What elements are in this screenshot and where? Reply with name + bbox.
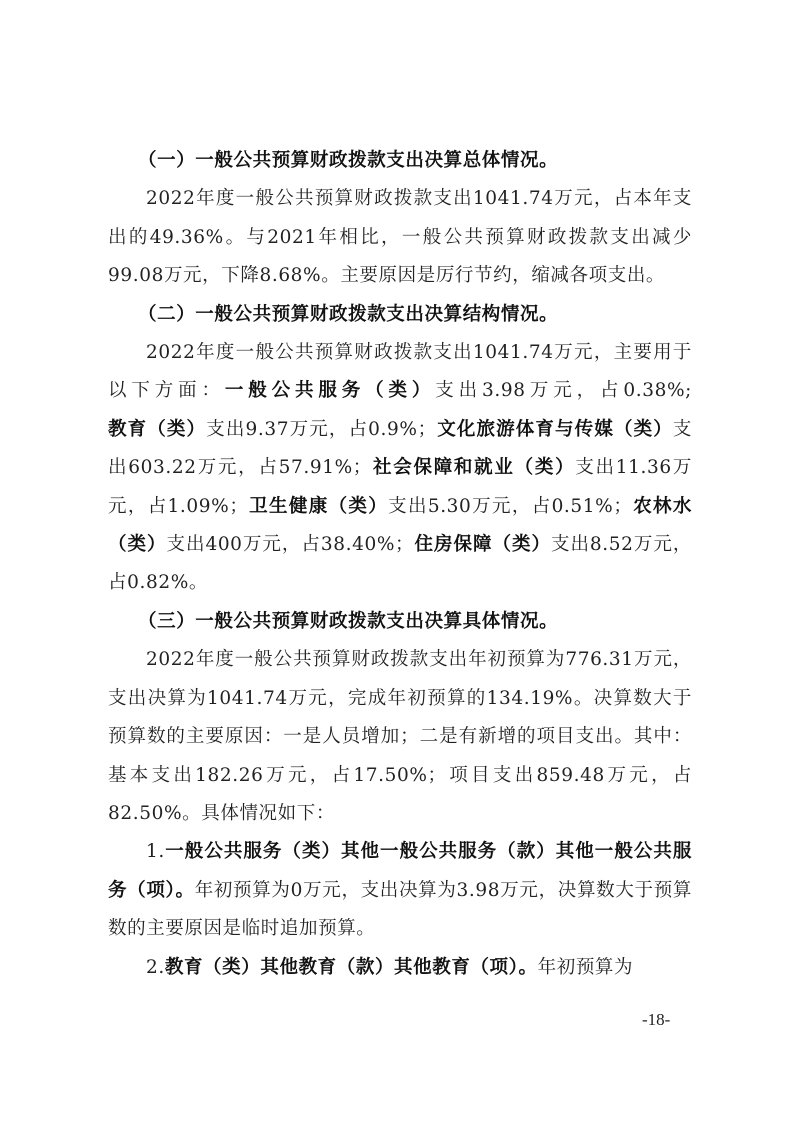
detail-item-number: 2. xyxy=(146,957,165,978)
document-page: （一）一般公共预算财政拨款支出决算总体情况。 2022年度一般公共预算财政拨款支… xyxy=(108,142,692,987)
detail-item-number: 1. xyxy=(146,841,165,862)
category-text: 支出9.37万元，占0.9%； xyxy=(206,419,436,440)
detail-item-2: 2.教育（类）其他教育（款）其他教育（项）。年初预算为 xyxy=(108,949,692,987)
category-name: 一般公共服务（类） xyxy=(225,380,435,401)
detail-item-text: 年初预算为0万元，支出决算为3.98万元，决算数大于预算数的主要原因是临时追加预… xyxy=(108,880,692,939)
detail-item-title: 教育（类）其他教育（款）其他教育（项）。 xyxy=(165,957,538,978)
detail-item-text: 年初预算为 xyxy=(538,957,634,978)
page-number: -18- xyxy=(642,1010,670,1030)
category-name: 教育（类） xyxy=(108,419,206,440)
section-1-heading: （一）一般公共预算财政拨款支出决算总体情况。 xyxy=(108,142,692,180)
category-name: 社会保障和就业（类） xyxy=(372,457,575,478)
section-3-body: 2022年度一般公共预算财政拨款支出年初预算为776.31万元，支出决算为104… xyxy=(108,641,692,833)
category-text: 支出5.30万元，占0.51%； xyxy=(388,496,632,517)
section-3-heading: （三）一般公共预算财政拨款支出决算具体情况。 xyxy=(108,603,692,641)
category-text: 支出400万元，占38.40%； xyxy=(166,534,414,555)
category-text: 支出3.98万元，占0.38%; xyxy=(435,380,692,401)
section-2-body: 2022年度一般公共预算财政拨款支出1041.74万元，主要用于以下方面：一般公… xyxy=(108,334,692,603)
section-2-heading: （二）一般公共预算财政拨款支出决算结构情况。 xyxy=(108,296,692,334)
category-name: 卫生健康（类） xyxy=(248,496,388,517)
section-1-body: 2022年度一般公共预算财政拨款支出1041.74万元，占本年支出的49.36%… xyxy=(108,180,692,295)
category-name: 住房保障（类） xyxy=(414,534,551,555)
detail-item-1: 1.一般公共服务（类）其他一般公共服务（款）其他一般公共服务（项）。年初预算为0… xyxy=(108,833,692,948)
category-name: 文化旅游体育与传媒（类） xyxy=(437,419,673,440)
